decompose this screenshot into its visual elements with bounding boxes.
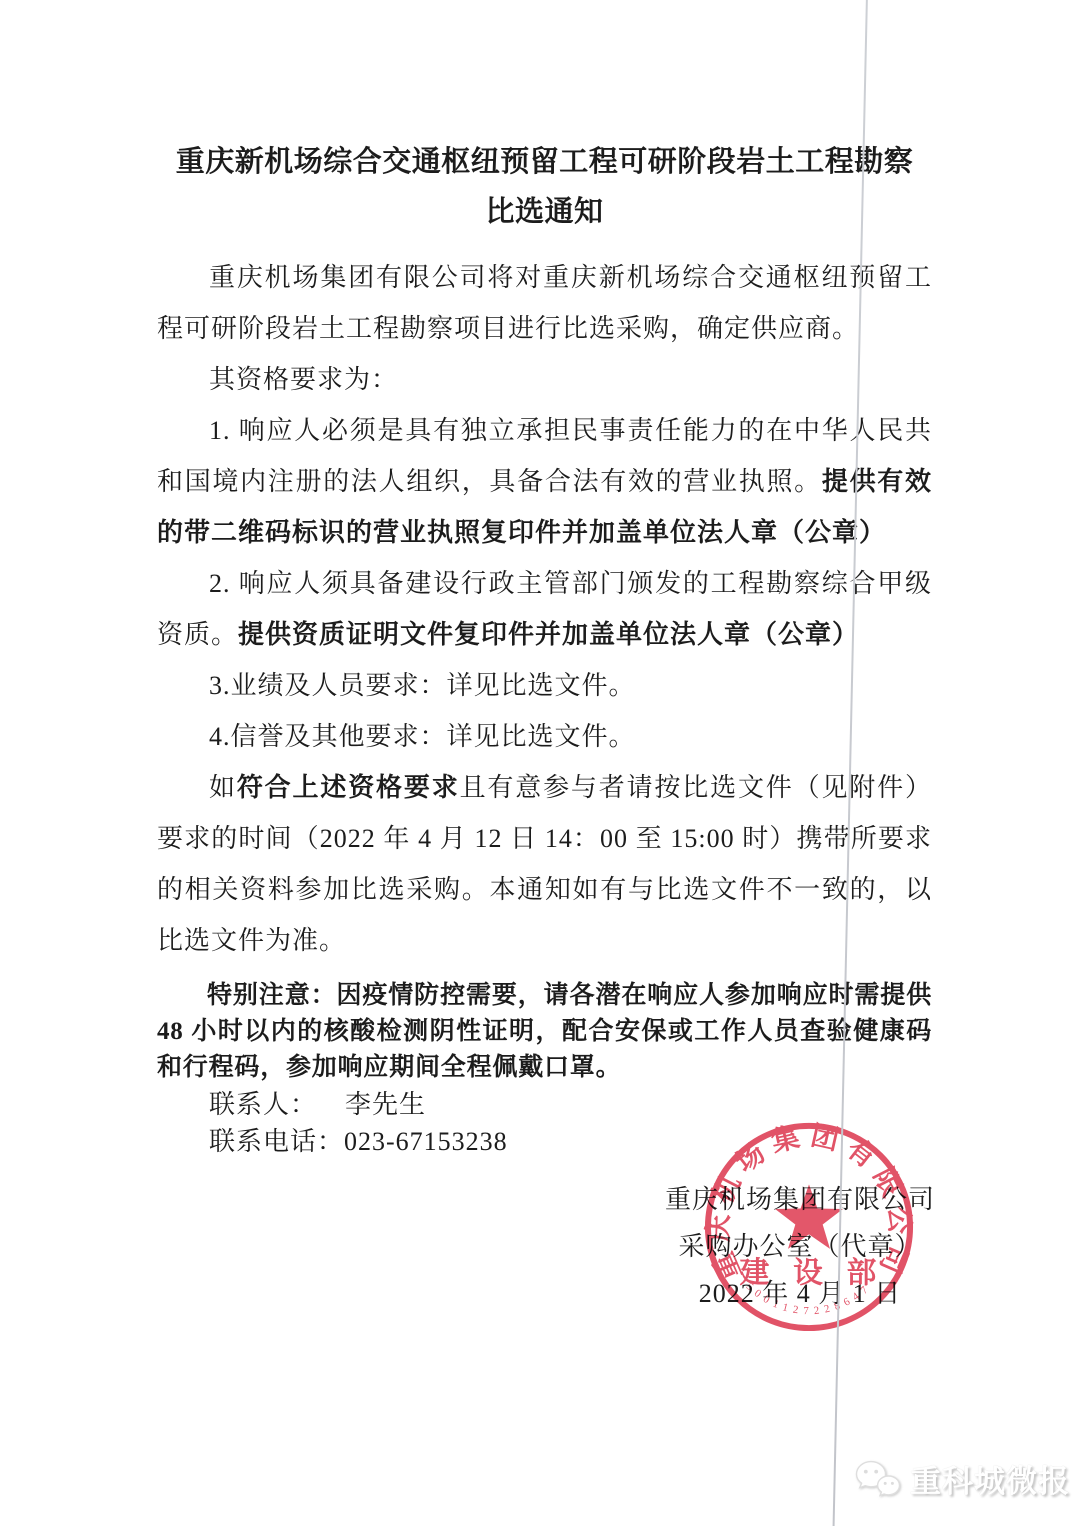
contact-phone-value: 023-67153238 — [344, 1127, 508, 1156]
official-seal-stamp: 重庆机场集团有限公司 建设部 5001127228647 — [700, 1116, 918, 1334]
watermark: 重科城微报 — [852, 1456, 1070, 1501]
intro-text: 重庆机场集团有限公司将对重庆新机场综合交通枢纽预留工程可研阶段岩土工程勘察项目进… — [157, 263, 932, 343]
requirement-item-4: 4.信誉及其他要求：详见比选文件。 — [157, 711, 932, 762]
contact-person-value: 李先生 — [345, 1090, 426, 1119]
participation-prefix: 如 — [209, 773, 237, 802]
scanned-notice-page: 重庆新机场综合交通枢纽预留工程可研阶段岩土工程勘察 比选通知 重庆机场集团有限公… — [0, 0, 1080, 1526]
requirement-item-1: 1. 响应人必须是具有独立承担民事责任能力的在中华人民共和国境内注册的法人组织，… — [157, 405, 932, 558]
qualification-header: 其资格要求为： — [157, 354, 932, 405]
item4-text: 4.信誉及其他要求：详见比选文件。 — [209, 722, 636, 751]
intro-paragraph: 重庆机场集团有限公司将对重庆新机场综合交通枢纽预留工程可研阶段岩土工程勘察项目进… — [157, 252, 932, 354]
wechat-small-bubble — [878, 1476, 900, 1495]
seal-department-text: 建设部 — [740, 1256, 901, 1289]
requirement-item-2: 2. 响应人须具备建设行政主管部门颁发的工程勘察综合甲级资质。提供资质证明文件复… — [157, 558, 932, 660]
notice-title-line1: 重庆新机场综合交通枢纽预留工程可研阶段岩土工程勘察 — [157, 142, 932, 182]
contact-phone-label: 联系电话： — [209, 1127, 344, 1156]
item2-bold-text: 提供资质证明文件复印件并加盖单位法人章（公章） — [238, 620, 859, 649]
item3-text: 3.业绩及人员要求：详见比选文件。 — [209, 671, 636, 700]
qualification-header-text: 其资格要求为： — [209, 365, 398, 394]
notice-title-line2: 比选通知 — [157, 192, 932, 232]
watermark-text: 重科城微报 — [910, 1456, 1070, 1501]
requirement-item-3: 3.业绩及人员要求：详见比选文件。 — [157, 660, 932, 711]
special-notice-paragraph: 特别注意：因疫情防控需要，请各潜在响应人参加响应时需提供48 小时以内的核酸检测… — [157, 978, 932, 1086]
wechat-icon — [852, 1457, 904, 1501]
participation-bold-text: 符合上述资格要求 — [237, 773, 460, 802]
item1-text: 1. 响应人必须是具有独立承担民事责任能力的在中华人民共和国境内注册的法人组织，… — [157, 416, 932, 496]
notice-document: 重庆新机场综合交通枢纽预留工程可研阶段岩土工程勘察 比选通知 重庆机场集团有限公… — [157, 0, 932, 1160]
special-notice-text: 特别注意：因疫情防控需要，请各潜在响应人参加响应时需提供48 小时以内的核酸检测… — [157, 982, 932, 1081]
participation-paragraph: 如符合上述资格要求且有意参与者请按比选文件（见附件）要求的时间（2022 年 4… — [157, 762, 932, 966]
contact-person-label: 联系人： — [209, 1090, 317, 1119]
seal-star — [775, 1184, 843, 1249]
